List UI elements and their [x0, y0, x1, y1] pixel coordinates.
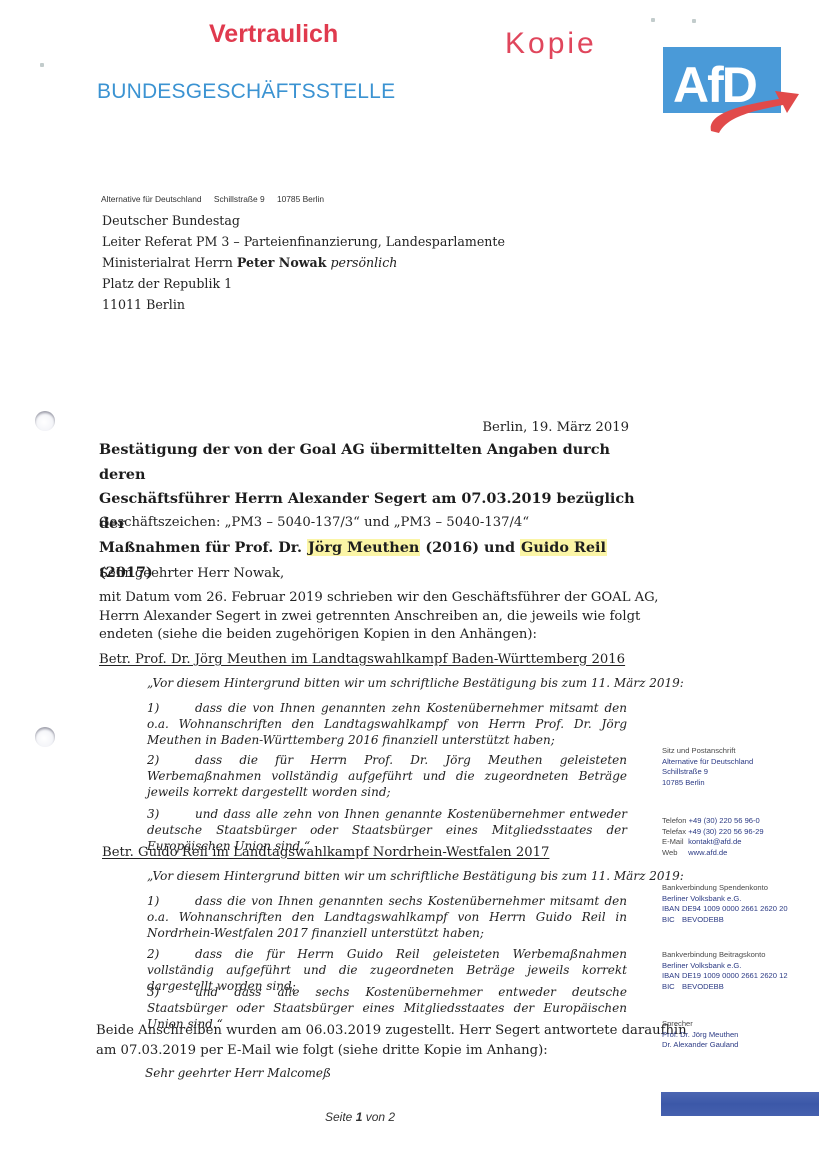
quote-item: 1)dass die von Ihnen genannten sechs Kos… — [147, 893, 627, 941]
salutation: Sehr geehrter Herr Nowak, — [99, 566, 284, 581]
punch-hole — [35, 411, 55, 431]
sender-city: 10785 Berlin — [277, 194, 324, 204]
sender-street: Schillstraße 9 — [214, 194, 265, 204]
contact-phone: Telefon +49 (30) 220 56 96-0 — [662, 816, 764, 827]
reference-number: Geschäftszeichen: „PM3 – 5040-137/3“ und… — [99, 515, 529, 530]
subject: Bestätigung der von der Goal AG übermitt… — [99, 438, 639, 585]
quoted-greeting: Sehr geehrter Herr Malcomeß — [145, 1066, 331, 1080]
recipient-city: 11011 Berlin — [102, 294, 505, 315]
afd-logo: AfD — [663, 47, 803, 137]
intro-paragraph: mit Datum vom 26. Februar 2019 schrieben… — [99, 589, 659, 645]
footer-color-bar — [661, 1092, 819, 1116]
svg-text:AfD: AfD — [673, 57, 757, 113]
recipient-personal: persönlich — [326, 255, 397, 270]
sidebar-speakers: Sprecher Prof. Dr. Jörg Meuthen Dr. Alex… — [662, 1019, 738, 1051]
quote-item: 2)dass die für Herrn Prof. Dr. Jörg Meut… — [147, 752, 627, 800]
scan-speck — [651, 18, 655, 22]
letter-date: Berlin, 19. März 2019 — [482, 420, 629, 435]
sidebar-bank-fees: Bankverbindung Beitragskonto Berliner Vo… — [662, 950, 788, 992]
sender-name: Alternative für Deutschland — [101, 194, 202, 204]
contact-email: E-Mail kontakt@afd.de — [662, 837, 764, 848]
sidebar-contact: Telefon +49 (30) 220 56 96-0 Telefax +49… — [662, 816, 764, 858]
scan-speck — [40, 63, 44, 67]
closing-paragraph: Beide Anschreiben wurden am 06.03.2019 z… — [96, 1021, 656, 1061]
section-heading-meuthen: Betr. Prof. Dr. Jörg Meuthen im Landtags… — [99, 652, 625, 667]
recipient-name-line: Ministerialrat Herrn Peter Nowak persönl… — [102, 252, 505, 273]
punch-hole — [35, 727, 55, 747]
quote-intro: „Vor diesem Hintergrund bitten wir um sc… — [147, 676, 684, 690]
quote-item: 1)dass die von Ihnen genannten zehn Kost… — [147, 700, 627, 748]
recipient-name: Peter Nowak — [237, 255, 327, 270]
office-title: BUNDESGESCHÄFTSSTELLE — [97, 80, 395, 104]
confidential-stamp: Vertraulich — [209, 20, 338, 49]
page-total: 2 — [388, 1110, 395, 1124]
recipient-line: Deutscher Bundestag — [102, 210, 505, 231]
copy-stamp: Kopie — [505, 27, 597, 61]
scan-speck — [692, 19, 696, 23]
recipient-street: Platz der Republik 1 — [102, 273, 505, 294]
sender-line: Alternative für Deutschland Schillstraße… — [101, 194, 334, 204]
recipient-line: Leiter Referat PM 3 – Parteienfinanzieru… — [102, 231, 505, 252]
highlight-reil: Guido Reil — [520, 539, 607, 556]
quote-intro: „Vor diesem Hintergrund bitten wir um sc… — [147, 869, 684, 883]
contact-fax: Telefax +49 (30) 220 56 96-29 — [662, 827, 764, 838]
highlight-meuthen: Jörg Meuthen — [307, 539, 420, 556]
contact-web: Web www.afd.de — [662, 848, 764, 859]
page-indicator: Seite 1 von 2 — [325, 1110, 395, 1124]
afd-logo-icon: AfD — [663, 47, 803, 137]
sidebar-seat: Sitz und Postanschrift Alternative für D… — [662, 746, 753, 788]
sidebar-bank-donations: Bankverbindung Spendenkonto Berliner Vol… — [662, 883, 788, 925]
recipient-address: Deutscher Bundestag Leiter Referat PM 3 … — [102, 210, 505, 315]
section-heading-reil: Betr. Guido Reil im Landtagswahlkampf No… — [102, 845, 549, 860]
